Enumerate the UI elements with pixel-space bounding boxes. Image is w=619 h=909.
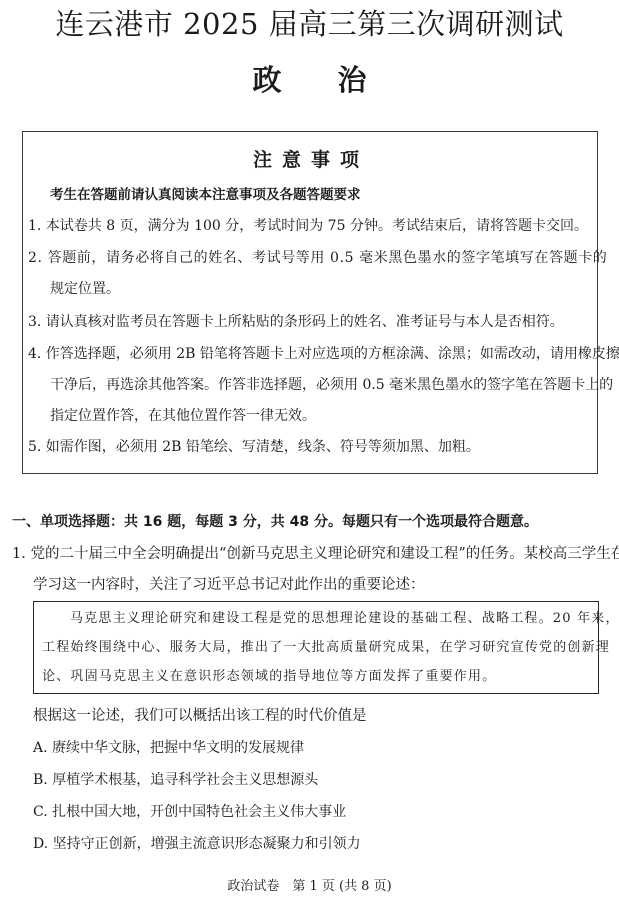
- notice-subtitle: 考生在答题前请认真阅读本注意事项及各题答题要求: [50, 185, 361, 205]
- option-d-label: D.: [33, 836, 48, 852]
- section-heading: 一、单项选择题：共 16 题，每题 3 分，共 48 分。每题只有一个选项最符合…: [12, 512, 538, 532]
- notice-item-1: 1. 本试卷共 8 页，满分为 100 分，考试时间为 75 分钟。考试结束后，…: [28, 216, 588, 236]
- question-1-prompt: 根据这一论述，我们可以概括出该工程的时代价值是: [33, 706, 367, 726]
- notice-item-4-cont-1: 干净后，再选涂其他答案。作答非选择题，必须用 0.5 毫米黑色墨水的签字笔在答题…: [50, 375, 613, 395]
- quote-line-1: 马克思主义理论研究和建设工程是党的思想理论建设的基础工程、战略工程。20 年来，: [70, 610, 619, 628]
- exam-title: 连云港市 2025 届高三第三次调研测试: [0, 6, 619, 42]
- option-c-text: 扎根中国大地，开创中国特色社会主义伟大事业: [52, 804, 346, 820]
- notice-item-5: 5. 如需作图，必须用 2B 铅笔绘、写清楚，线条、符号等须加黑、加粗。: [28, 437, 480, 457]
- subject-char-1: 政: [252, 62, 281, 98]
- notice-item-4: 4. 作答选择题，必须用 2B 铅笔将答题卡上对应选项的方框涂满、涂黑；如需改动…: [28, 344, 619, 364]
- page-footer: 政治试卷 第 1 页 (共 8 页): [0, 878, 619, 896]
- quote-line-3: 论、巩固马克思主义在意识形态领域的指导地位等方面发挥了重要作用。: [42, 668, 496, 686]
- quote-box: 马克思主义理论研究和建设工程是党的思想理论建设的基础工程、战略工程。20 年来，…: [33, 601, 599, 694]
- subject-title: 政治: [0, 62, 619, 98]
- question-1-stem: 1. 党的二十届三中全会明确提出“创新马克思主义理论研究和建设工程”的任务。某校…: [12, 544, 619, 564]
- notice-title: 注意事项: [23, 148, 599, 172]
- option-d[interactable]: D. 坚持守正创新，增强主流意识形态凝聚力和引领力: [33, 834, 361, 854]
- subject-char-2: 治: [338, 62, 367, 98]
- option-c-label: C.: [33, 804, 48, 820]
- option-b[interactable]: B. 厚植学术根基，追寻科学社会主义思想源头: [33, 770, 318, 790]
- option-a-text: 赓续中华文脉，把握中华文明的发展规律: [52, 740, 304, 756]
- option-d-text: 坚持守正创新，增强主流意识形态凝聚力和引领力: [53, 836, 361, 852]
- quote-line-2: 工程始终围绕中心、服务大局，推出了一大批高质量研究成果，在学习研究宣传党的创新理: [42, 639, 610, 657]
- option-c[interactable]: C. 扎根中国大地，开创中国特色社会主义伟大事业: [33, 802, 346, 822]
- option-a[interactable]: A. 赓续中华文脉，把握中华文明的发展规律: [33, 738, 304, 758]
- option-a-label: A.: [33, 740, 48, 756]
- notice-item-2-cont: 规定位置。: [50, 279, 120, 299]
- notice-box: 注意事项 考生在答题前请认真阅读本注意事项及各题答题要求 1. 本试卷共 8 页…: [22, 131, 598, 474]
- option-b-text: 厚植学术根基，追寻科学社会主义思想源头: [52, 772, 318, 788]
- notice-item-4-cont-2: 指定位置作答，在其他位置作答一律无效。: [50, 406, 316, 426]
- notice-item-2: 2. 答题前，请务必将自己的姓名、考试号等用 0.5 毫米黑色墨水的签字笔填写在…: [28, 248, 607, 268]
- question-1-stem-cont: 学习这一内容时，关注了习近平总书记对此作出的重要论述：: [33, 575, 425, 595]
- option-b-label: B.: [33, 772, 48, 788]
- notice-item-3: 3. 请认真核对监考员在答题卡上所粘贴的条形码上的姓名、准考证号与本人是否相符。: [28, 312, 564, 332]
